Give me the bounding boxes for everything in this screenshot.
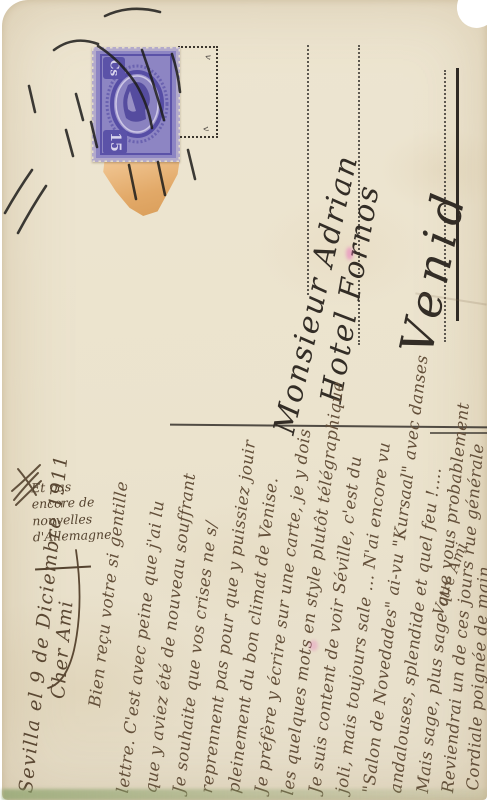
- margin-note-line: d'Allemagne: [33, 526, 112, 545]
- postcard-back: v v Cs 15: [2, 0, 487, 800]
- postmark-cancellation-marks: [2, 0, 262, 260]
- pink-ink-smudge: [309, 640, 318, 651]
- margin-note: Et pas encore de nouvelles d'Allemagne: [31, 478, 112, 546]
- address-city: Venid: [390, 182, 477, 359]
- bottom-edge-discoloration: [2, 789, 487, 800]
- pink-ink-smudge: [346, 247, 353, 260]
